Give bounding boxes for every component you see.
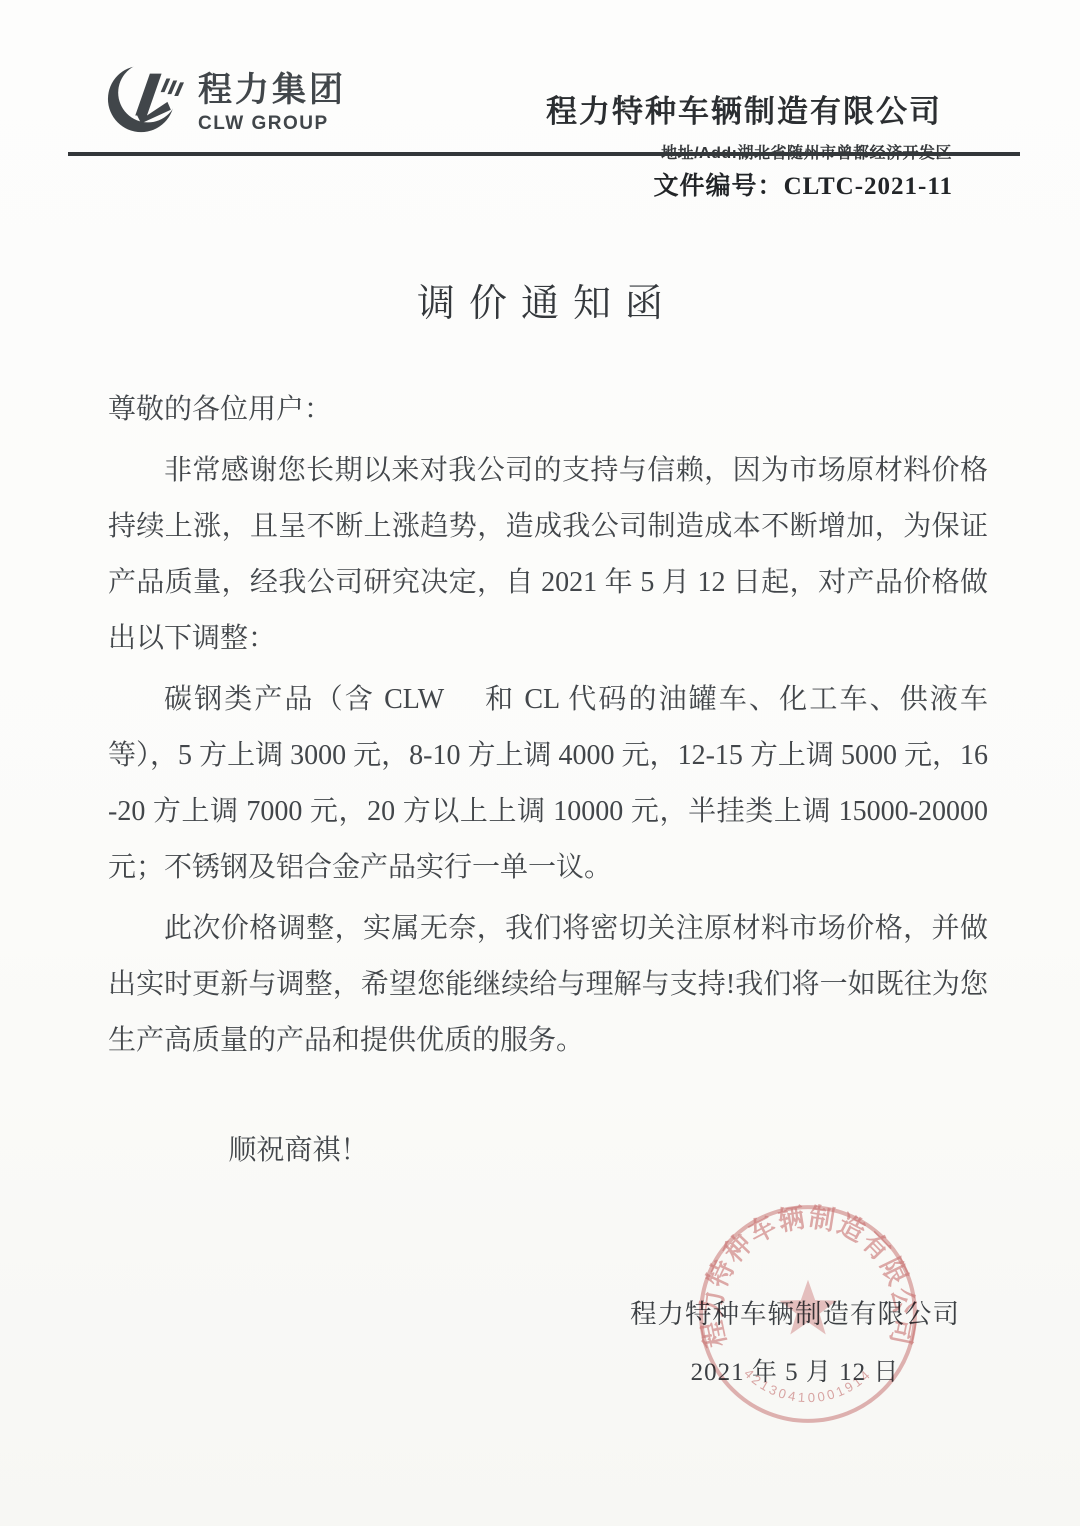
- document-number-value: CLTC-2021-11: [784, 173, 953, 200]
- paragraph-2: 碳钢类产品（含 CLW 和 CL 代码的油罐车、化工车、供液车等），5 方上调 …: [108, 672, 988, 896]
- letter-body: 尊敬的各位用户： 非常感谢您长期以来对我公司的支持与信赖，因为市场原材料价格持续…: [108, 382, 988, 1179]
- price-notice-letter: 程力集团 CLW GROUP 程力特种车辆制造有限公司 地址/Add:湖北省随州…: [0, 0, 1080, 1526]
- letterhead-divider: [68, 152, 1020, 156]
- paragraph-3: 此次价格调整，实属无奈，我们将密切关注原材料市场价格，并做出实时更新与调整，希望…: [108, 901, 988, 1069]
- letter-title: 调价通知函: [0, 272, 1080, 327]
- signature-company: 程力特种车辆制造有限公司: [630, 1292, 960, 1331]
- document-number-label: 文件编号：: [654, 172, 784, 200]
- logo-name-cn: 程力集团: [198, 62, 346, 111]
- signature-block: 程力特种车辆制造有限公司 2021 年 5 月 12 日: [630, 1292, 960, 1388]
- letterhead-company-name: 程力特种车辆制造有限公司: [546, 86, 952, 131]
- logo-text: 程力集团 CLW GROUP: [198, 62, 346, 135]
- clw-logo-icon: [106, 58, 184, 138]
- signature-date: 2021 年 5 月 12 日: [630, 1352, 960, 1388]
- closing-wish: 顺祝商祺！: [108, 1123, 988, 1179]
- paragraph-1: 非常感谢您长期以来对我公司的支持与信赖，因为市场原材料价格持续上涨，且呈不断上涨…: [108, 443, 988, 667]
- logo-name-en: CLW GROUP: [198, 113, 346, 135]
- company-logo: 程力集团 CLW GROUP: [106, 58, 346, 138]
- salutation: 尊敬的各位用户：: [108, 382, 988, 438]
- document-number: 文件编号：CLTC-2021-11: [654, 166, 953, 202]
